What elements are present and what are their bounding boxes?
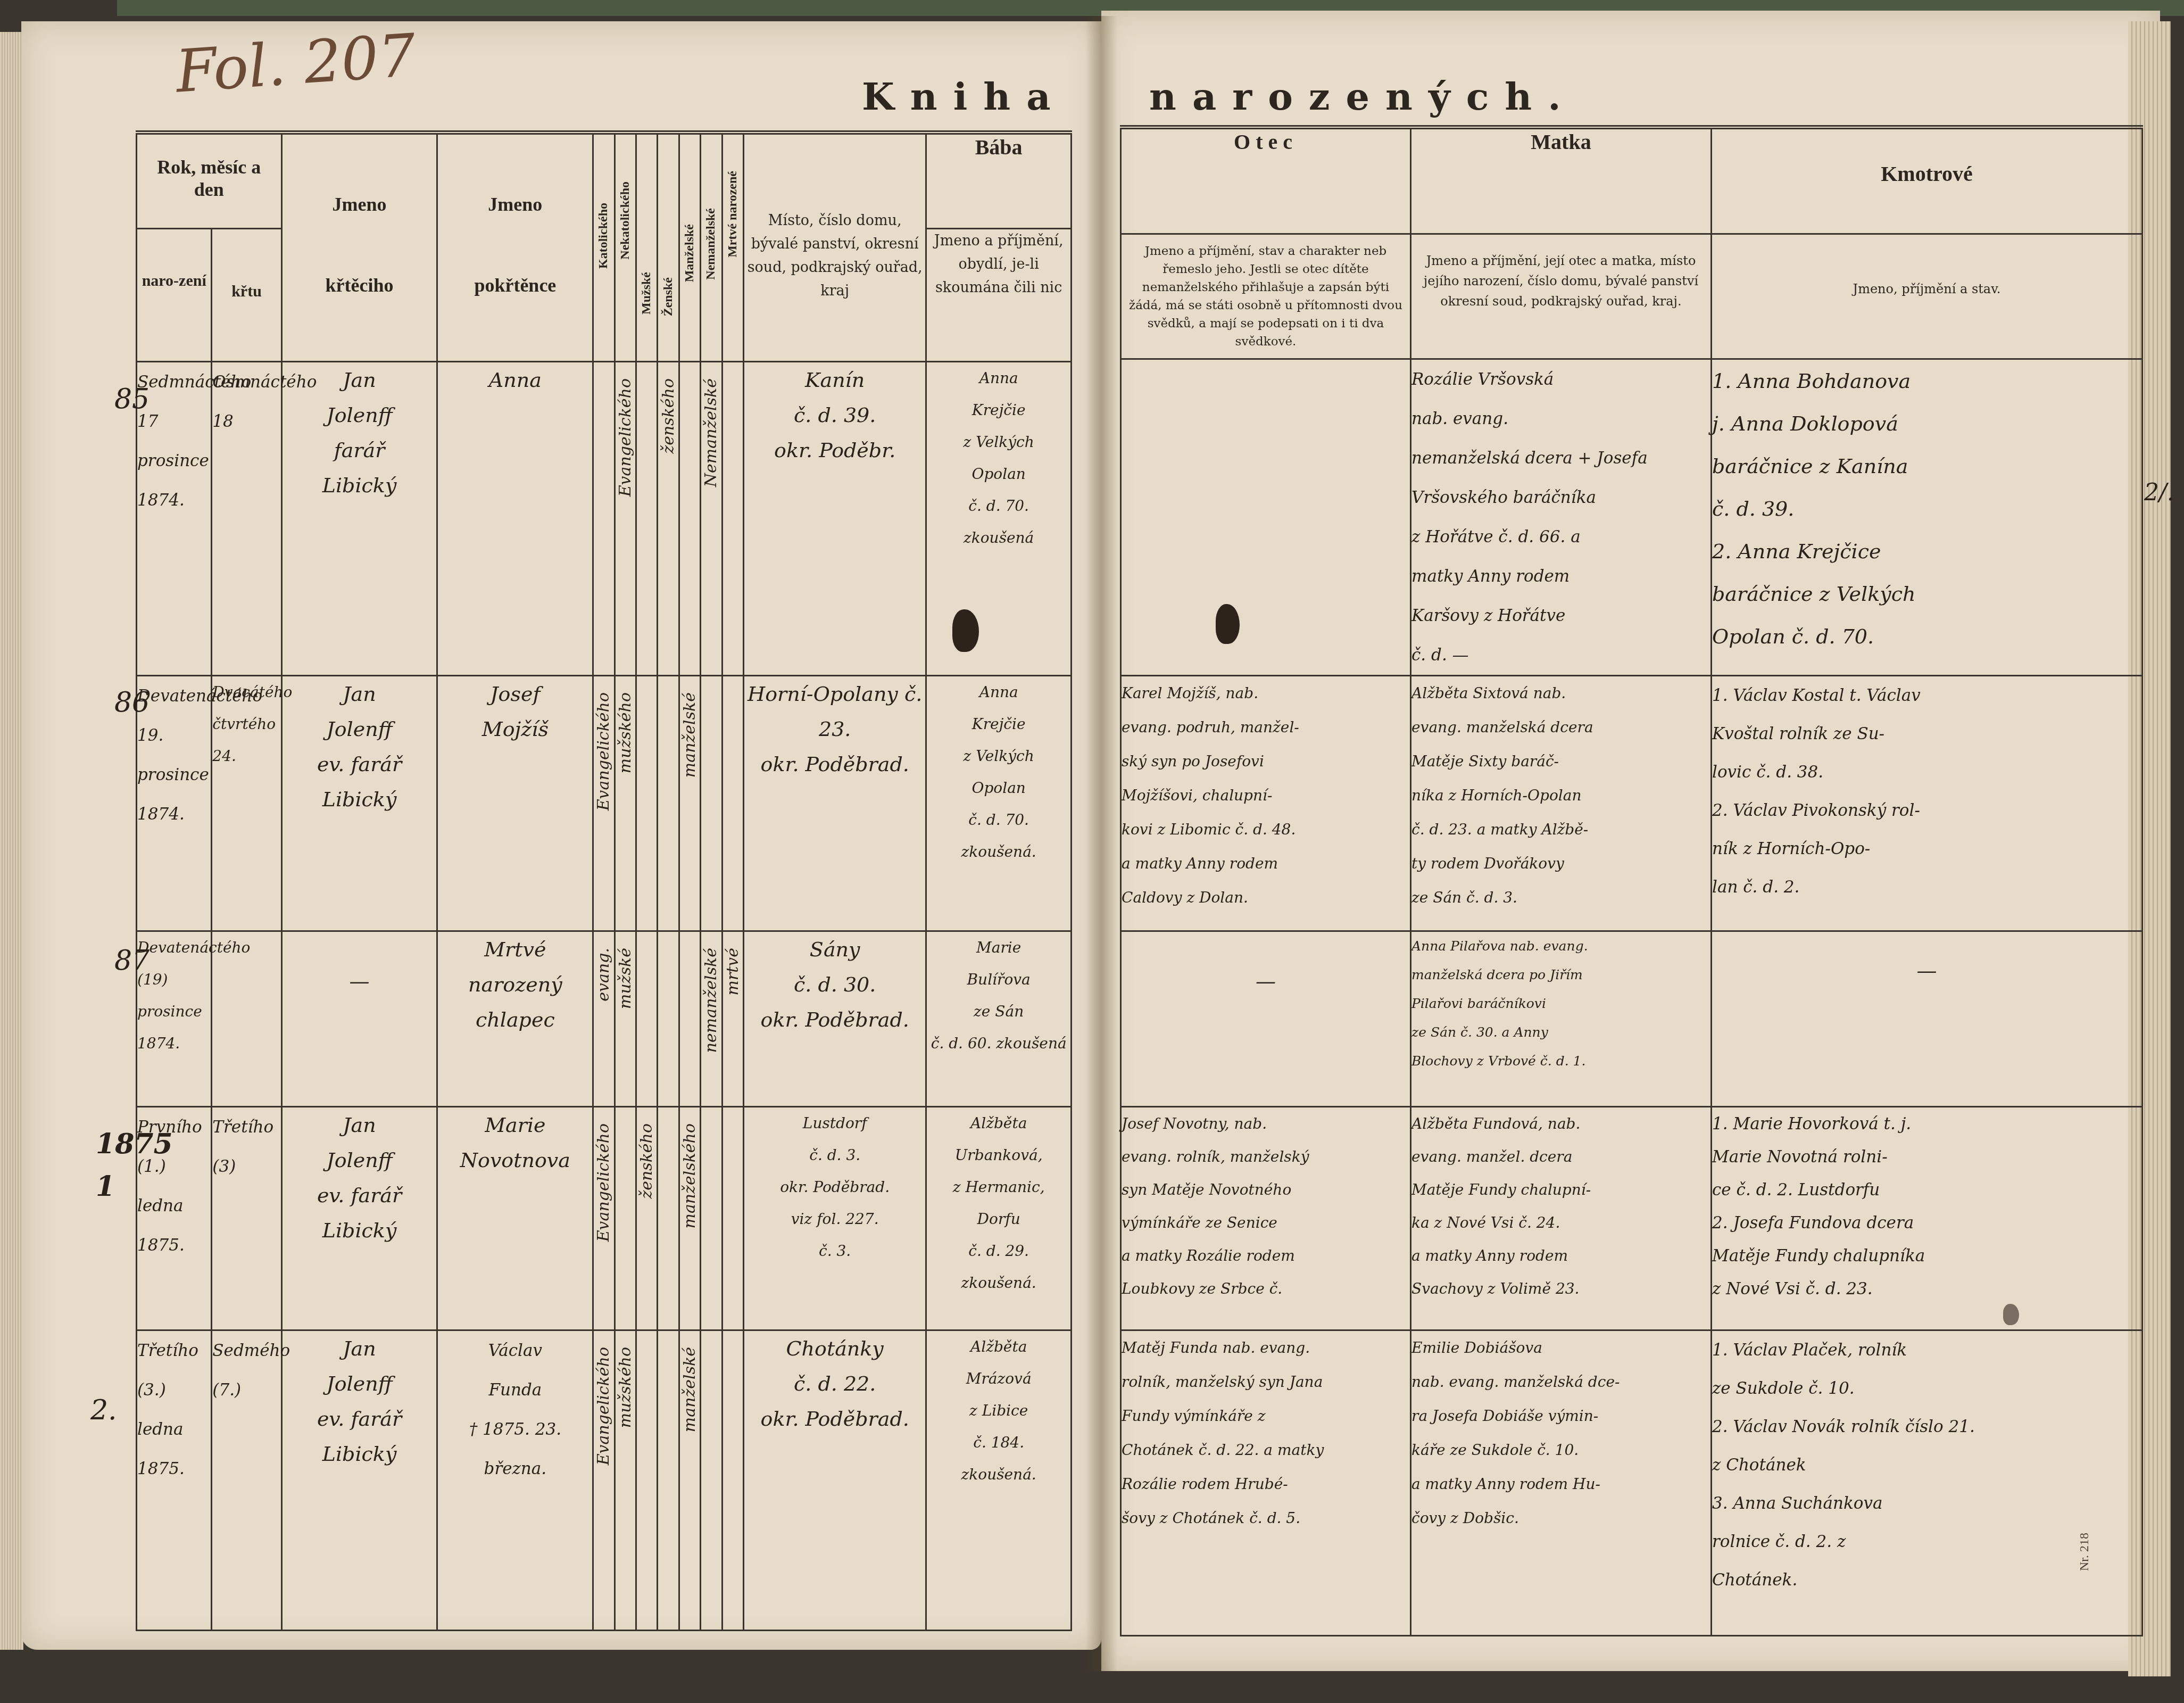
check-cell: [722, 675, 743, 931]
child-name: Josef Mojžíš: [437, 675, 593, 931]
header-check-0: Katolického: [593, 133, 614, 361]
baptism-date: Dvacátého čtvrtého 24.: [212, 675, 281, 931]
check-cell: [658, 1106, 679, 1330]
table-row: Rozálie Vršovská nab. evang. nemanželská…: [1121, 359, 2143, 675]
header-check-5: Nemanželské: [701, 133, 722, 361]
entry-number: 2.: [90, 1394, 117, 1426]
table-row: Třetího (3.) ledna 1875. Sedmého (7.) Ja…: [137, 1330, 1072, 1631]
check-cell: evang.: [593, 931, 614, 1106]
table-row: — Anna Pilařova nab. evang. manželská dc…: [1121, 931, 2143, 1106]
check-cell: [658, 675, 679, 931]
left-register-table: Rok, měsíc a den Jmeno křtěciho Jmeno po…: [136, 130, 1072, 1631]
ink-blot: [1216, 604, 1240, 644]
right-register-table: Otec Matka Kmotrové Jmeno a příjmění, st…: [1120, 125, 2143, 1636]
check-cell: Evangelického: [593, 1106, 614, 1330]
header-godparents-title: Kmotrové: [1712, 127, 2143, 234]
header-place: Místo, číslo domu, bývalé panství, okres…: [744, 133, 926, 361]
mother: Alžběta Fundová, nab. evang. manžel. dce…: [1411, 1106, 1712, 1330]
baptism-date: Osmnáctého 18: [212, 361, 281, 675]
baptizer-name: Jan Jolenff ev. farář Libický: [281, 675, 437, 931]
header-midwife-title: Bába: [926, 133, 1072, 228]
header-midwife-sub: Jmeno a příjmění, obydlí, je-li skoumána…: [926, 228, 1072, 361]
midwife: Anna Krejčie z Velkých Opolan č. d. 70. …: [926, 361, 1072, 675]
check-cell: [636, 675, 658, 931]
ink-blot: [952, 609, 979, 652]
place: Lustdorf č. d. 3. okr. Poděbrad. viz fol…: [744, 1106, 926, 1330]
table-row: Matěj Funda nab. evang. rolník, manželsk…: [1121, 1330, 2143, 1636]
check-cell: Evangelického: [614, 361, 636, 675]
godparents: 1. Václav Kostal t. Václav Kvoštal rolní…: [1712, 675, 2143, 931]
check-cell: [701, 1106, 722, 1330]
child-name: Marie Novotnova: [437, 1106, 593, 1330]
header-baptizer-bottom: křtěciho: [283, 274, 437, 296]
header-check-2: Mužské: [636, 133, 658, 361]
child-name: Václav Funda † 1875. 23. března.: [437, 1330, 593, 1631]
check-cell: [636, 361, 658, 675]
baptism-date: Třetího (3): [212, 1106, 281, 1330]
check-cell: manželské: [679, 675, 700, 931]
child-name: Anna: [437, 361, 593, 675]
open-register-book: Fol. 207 Kniha narozených. 2/. Nr. 218 R…: [0, 0, 2184, 1703]
godparents: —: [1712, 931, 2143, 1106]
entry-number: 87: [114, 945, 150, 977]
mother: Emilie Dobiášova nab. evang. manželská d…: [1411, 1330, 1712, 1636]
table-row: Josef Novotny, nab. evang. rolník, manže…: [1121, 1106, 2143, 1330]
mother: Rozálie Vršovská nab. evang. nemanželská…: [1411, 359, 1712, 675]
header-row-top: Rok, měsíc a den Jmeno křtěciho Jmeno po…: [137, 133, 1072, 228]
father: Karel Mojžíš, nab. evang. podruh, manžel…: [1121, 675, 1411, 931]
header-birth: naro-zení: [137, 228, 212, 361]
father: —: [1121, 931, 1411, 1106]
header-godparents-sub: Jmeno, příjmění a stav.: [1712, 234, 2143, 359]
check-cell: manželského: [679, 1106, 700, 1330]
check-cell: mrtvé: [722, 931, 743, 1106]
header-child: Jmeno pokřtěnce: [437, 133, 593, 361]
baptizer-name: —: [281, 931, 437, 1106]
check-cell: [722, 1106, 743, 1330]
header-child-top: Jmeno: [438, 193, 592, 216]
child-name: Mrtvé narozený chlapec: [437, 931, 593, 1106]
midwife: Alžběta Urbanková, z Hermanic, Dorfu č. …: [926, 1106, 1072, 1330]
baptizer-name: Jan Jolenff ev. farář Libický: [281, 1106, 437, 1330]
place: Sány č. d. 30. okr. Poděbrad.: [744, 931, 926, 1106]
mother: Anna Pilařova nab. evang. manželská dcer…: [1411, 931, 1712, 1106]
check-cell: [679, 931, 700, 1106]
place: Chotánky č. d. 22. okr. Poděbrad.: [744, 1330, 926, 1631]
check-cell: Evangelického: [593, 675, 614, 931]
header-mother-sub: Jmeno a příjmění, její otec a matka, mís…: [1411, 234, 1712, 359]
check-cell: Evangelického: [593, 1330, 614, 1631]
check-cell: [722, 1330, 743, 1631]
header-date-group: Rok, měsíc a den: [137, 133, 282, 228]
godparents: 1. Václav Plaček, rolník ze Sukdole č. 1…: [1712, 1330, 2143, 1636]
table-row: Prvního (1.) ledna 1875. Třetího (3) Jan…: [137, 1106, 1072, 1330]
check-cell: [658, 1330, 679, 1631]
entry-number: 86: [114, 687, 150, 718]
page-edges-left: [0, 32, 23, 1650]
title-right: narozených.: [1149, 75, 1577, 119]
header-baptism: křtu: [212, 228, 281, 361]
header-father-title: Otec: [1121, 127, 1411, 234]
check-cell: [679, 361, 700, 675]
place: Horní-Opolany č. 23. okr. Poděbrad.: [744, 675, 926, 931]
father: Josef Novotny, nab. evang. rolník, manže…: [1121, 1106, 1411, 1330]
entry-number: 85: [114, 383, 150, 415]
check-cell: mužského: [614, 1330, 636, 1631]
table-row: Devatenáctého (19) prosince 1874. — Mrtv…: [137, 931, 1072, 1106]
title-left: Kniha: [862, 75, 1067, 119]
header-check-1: Nekatolického: [614, 133, 636, 361]
check-cell: ženského: [658, 361, 679, 675]
header-row-bottom: Jmeno a příjmění, stav a charakter neb ř…: [1121, 234, 2143, 359]
check-cell: [701, 675, 722, 931]
table-row: Sedmnáctého 17 prosince 1874. Osmnáctého…: [137, 361, 1072, 675]
check-cell: nemanželské: [701, 931, 722, 1106]
check-cell: Nemanželské: [701, 361, 722, 675]
header-check-4: Manželské: [679, 133, 700, 361]
godparents: 1. Marie Hovorková t. j. Marie Novotná r…: [1712, 1106, 2143, 1330]
header-child-bottom: pokřtěnce: [438, 274, 592, 296]
margin-note: 2/.: [2144, 479, 2174, 506]
midwife: Marie Bulířova ze Sán č. d. 60. zkoušená: [926, 931, 1072, 1106]
ink-blot: [2003, 1304, 2019, 1325]
place: Kanín č. d. 39. okr. Poděbr.: [744, 361, 926, 675]
godparents: 1. Anna Bohdanova j. Anna Doklopová bará…: [1712, 359, 2143, 675]
baptizer-name: Jan Jolenff ev. farář Libický: [281, 1330, 437, 1631]
header-check-6: Mrtvé narozené: [722, 133, 743, 361]
father: [1121, 359, 1411, 675]
check-cell: mužské: [614, 931, 636, 1106]
check-cell: [701, 1330, 722, 1631]
table-row: Devatenáctého 19. prosince 1874. Dvacáté…: [137, 675, 1072, 931]
check-cell: [658, 931, 679, 1106]
book-gutter: [1085, 16, 1117, 1671]
header-father-sub: Jmeno a příjmění, stav a charakter neb ř…: [1121, 234, 1411, 359]
header-mother-title: Matka: [1411, 127, 1712, 234]
check-cell: [722, 361, 743, 675]
father: Matěj Funda nab. evang. rolník, manželsk…: [1121, 1330, 1411, 1636]
baptizer-name: Jan Jolenff farář Libický: [281, 361, 437, 675]
check-cell: manželské: [679, 1330, 700, 1631]
midwife: Anna Krejčie z Velkých Opolan č. d. 70. …: [926, 675, 1072, 931]
header-baptizer-top: Jmeno: [283, 193, 437, 216]
midwife: Alžběta Mrázová z Libice č. 184. zkoušen…: [926, 1330, 1072, 1631]
baptism-date: Sedmého (7.): [212, 1330, 281, 1631]
header-baptizer: Jmeno křtěciho: [281, 133, 437, 361]
check-cell: [636, 931, 658, 1106]
check-cell: [636, 1330, 658, 1631]
check-cell: [614, 1106, 636, 1330]
check-cell: [593, 361, 614, 675]
entry-number: 1875 1: [96, 1123, 173, 1208]
header-row-top: Otec Matka Kmotrové: [1121, 127, 2143, 234]
table-row: Karel Mojžíš, nab. evang. podruh, manžel…: [1121, 675, 2143, 931]
header-check-3: Ženské: [658, 133, 679, 361]
mother: Alžběta Sixtová nab. evang. manželská dc…: [1411, 675, 1712, 931]
check-cell: ženského: [636, 1106, 658, 1330]
baptism-date: [212, 931, 281, 1106]
check-cell: mužského: [614, 675, 636, 931]
birth-date: Třetího (3.) ledna 1875.: [137, 1330, 212, 1631]
